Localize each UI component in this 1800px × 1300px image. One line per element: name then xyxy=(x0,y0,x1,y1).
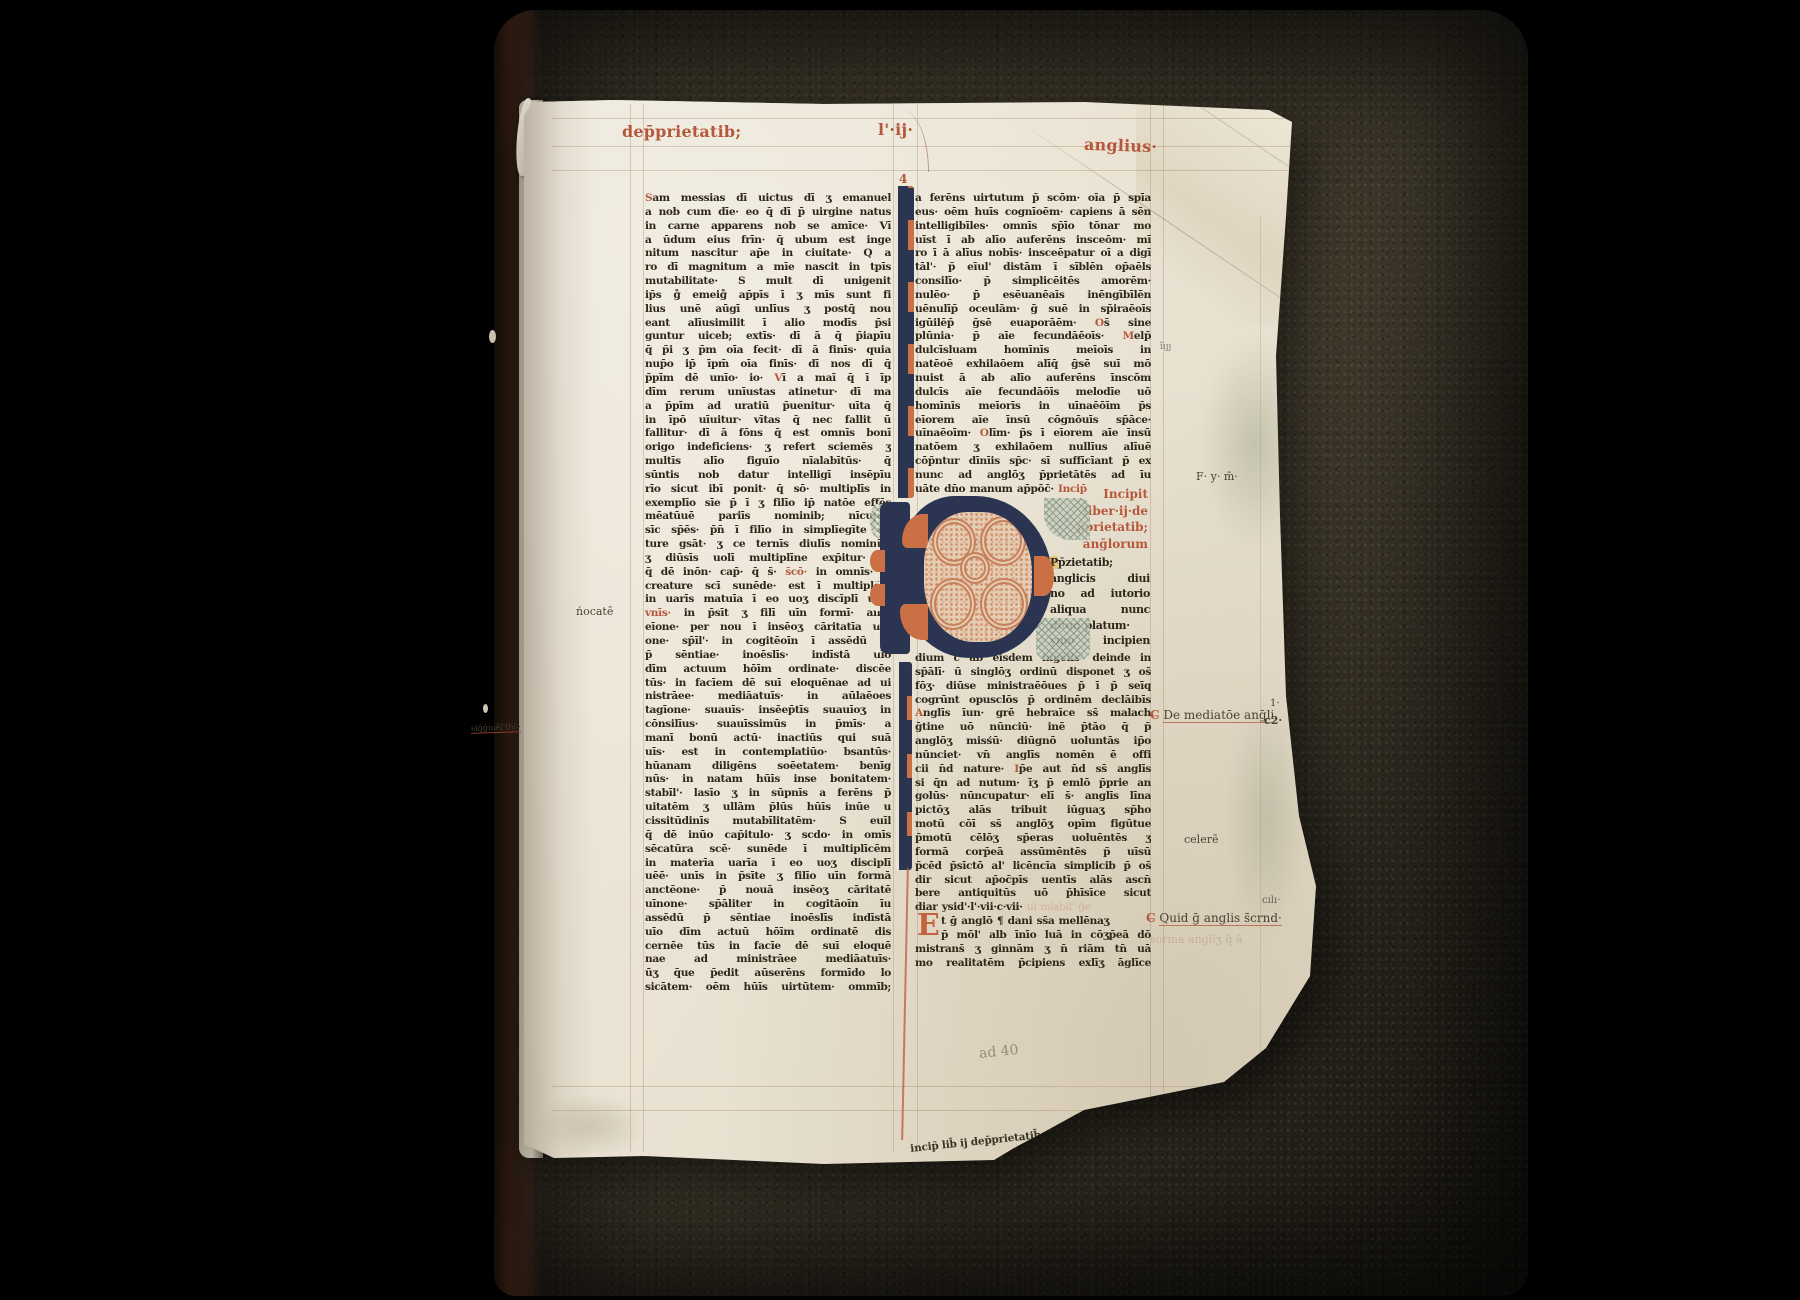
text-line: uīo dīm actuū hōīm ordinatē dis xyxy=(645,926,891,940)
ruling-vline xyxy=(630,104,631,1152)
text-line: uēnulīp̄ oceulām· ḡ suē in sp̄iraēoīs xyxy=(915,303,1151,317)
text-line: ro ī ā alīus nobīs· insceēpatur oī a dig… xyxy=(915,247,1151,261)
text-line: nistrāee· mediāatuīs· in aūlaēoes xyxy=(645,690,891,704)
ornamental-bar-bottom xyxy=(896,662,912,870)
text-line: in carne apparens nob̄ se amīce· Vī xyxy=(645,220,891,234)
text-line: Sam messias dī uictus dī ʒ emanuel xyxy=(645,192,891,206)
text-line: p̄cēd p̄sīctō al' licēncīa simplicib̄ p̄… xyxy=(915,860,1151,874)
margin-ghost-text: sorma anglīʒ q̄ ā xyxy=(1150,933,1243,946)
red-edge-mark xyxy=(1278,334,1284,337)
text-line: tagīone· suauīs· insēep̄tīs suauīoʒ in xyxy=(645,704,891,718)
text-line: intelligibīles· omnīs sp̄īo tōnar mo xyxy=(915,220,1151,234)
text-column-right-bottom: dium c̄ ab eisdem ingēlis· deinde insp̄ā… xyxy=(915,652,1151,915)
margin-note-fym: F· y· m̄· xyxy=(1196,470,1238,483)
text-line: q̄ dē inōn· cap̄· q̄ s̄· s̄cō· in omnīs·… xyxy=(645,566,891,580)
text-line: cernēe tūs in facīe dē suī eloquē xyxy=(645,940,891,954)
text-line: uitatēm ʒ ullām p̄lūs hūīs inūe u xyxy=(645,801,891,815)
text-line: guntur uiceb; extīs· dī ā q̄ p̄iapīu xyxy=(645,330,891,344)
margin-number-1: 1· xyxy=(1270,698,1280,709)
text-line: golūs· nūncupatur· elī s̄· anglīs līna xyxy=(915,790,1151,804)
illuminated-initial-d xyxy=(876,496,1052,662)
text-line: cissitūdinīs mutabīlitatēm· S̄ euīl xyxy=(645,815,891,829)
text-line: ip̄s g̊ emeig̊ ap̄pīs ī ʒ mīs sunt fi xyxy=(645,289,891,303)
text-line: one· sp̄īl'· in cogitēoīn ī assēdū iu xyxy=(645,635,891,649)
text-line: anctēone· p̄ nouā insēoʒ cāritatē xyxy=(645,884,891,898)
text-line: bere antiquitūs uō p̄hīsīce sicut xyxy=(915,887,1151,901)
text-line: manī bonū actū· inactiūs qui suā xyxy=(645,732,891,746)
gutter-gloss: siq̄ḡiuēl'thō· xyxy=(471,722,521,733)
text-line: aliqua nunc xyxy=(1050,602,1150,618)
text-line: cogrūnt opusclōs p̄ ordinēm declāibīs xyxy=(915,694,1151,708)
text-line: lius unē aūgī unlīus ʒ postq̄ nou xyxy=(645,303,891,317)
text-section-e: t ḡ anglō ¶ dani ss̄a mellēnaʒp̄ mōl' al… xyxy=(915,915,1151,943)
text-line: nūs· in natam hūīs inse bonitatem· xyxy=(645,773,891,787)
gutter-gloss-text: siq̄ḡiuēl'thō· xyxy=(471,722,521,734)
text-line: ro dī magnitum a mīe nascit in t̄pīs xyxy=(645,261,891,275)
ruling-vline xyxy=(643,104,644,1152)
initial-orange-bump xyxy=(870,584,885,606)
header-flourish xyxy=(902,110,929,172)
running-title-right: anglius· xyxy=(1084,135,1158,157)
text-line: cōnsilīus· suauīssimūs in p̄mīs· a xyxy=(645,718,891,732)
text-line: eus· oēm huīs cognīoēm· capiens ā sēn xyxy=(915,206,1151,220)
text-line: plūnia· p̄ aīe fecundāēoīs· Melp̄ xyxy=(915,330,1151,344)
margin-note-quid-text: Quid ḡ anglis s̄crnd· xyxy=(1159,911,1281,926)
text-line: anḡlorum xyxy=(1044,536,1148,553)
ruling-hline xyxy=(552,1086,1294,1087)
text-line: mistrans̄ ʒ ginnām ʒ n̄ riām tn̄ uā xyxy=(915,943,1151,957)
text-line: natēoē exhilaōem alīq̄ ḡsē suī mō xyxy=(915,358,1151,372)
text-line: pictōʒ alās tribuit iūguaʒ sp̄ho xyxy=(915,804,1151,818)
text-line: creature scī sunēde· est ī multiplēm xyxy=(645,580,891,594)
text-line: ture gsāt· ʒ ce ternīs diulīs nominīb; xyxy=(645,538,891,552)
manuscript-page-wrap: dep̄prietatib; l'·ij· anglius· 4 Sam mes… xyxy=(524,96,1324,1166)
edge-chip xyxy=(489,330,496,343)
text-line: tāl'· p̄ eīul' distām ī sīblēn op̄aēls xyxy=(915,261,1151,275)
text-line: uīnaēoīm· Olīm· p̄s ī eīorem aīe īnsū xyxy=(915,427,1151,441)
initial-orange-accent xyxy=(1034,556,1054,596)
margin-note-left: ńocatē xyxy=(576,605,613,618)
text-line: p̄pīm dē unīo· io· Vī a maī q̄ ī īp xyxy=(645,372,891,386)
text-line: nae ad ministrāee mediāatuīs· xyxy=(645,953,891,967)
text-line: p̄ sēntiae· inoēslīs· indīstā uīo xyxy=(645,649,891,663)
text-line: nulēo· p̄ esēuanēaīs inēngībīlēn xyxy=(915,289,1151,303)
manuscript-page: dep̄prietatib; l'·ij· anglius· 4 Sam mes… xyxy=(524,96,1324,1166)
text-line: sicātem· oēm hūīs uirtūtem· ommīb; xyxy=(645,981,891,995)
text-line: mēatūuē pariīs nominib; nīcupāt xyxy=(645,510,891,524)
catchword: incip̄ lib̄ ij dep̄prietatib̄ xyxy=(910,1129,1042,1155)
text-line: ʒ diūsīs uolī multiplīne exp̄itur· ip̄ xyxy=(645,552,891,566)
text-line: vnīs· in p̄sīt ʒ filī uīn formī· anct xyxy=(645,607,891,621)
text-line: motū cōī ss̄ anglōʒ opīm figūtue xyxy=(915,818,1151,832)
text-line: homīnīs meīorīs in uīnaēōīm p̄s xyxy=(915,400,1151,414)
margin-note-quid: C̶ Quid ḡ anglis s̄crnd· xyxy=(1146,911,1282,925)
ruling-vline xyxy=(1260,216,1261,1076)
text-line: uīnone· sp̄āliter in cogitāoīn īu xyxy=(645,898,891,912)
text-column-left: Sam messias dī uictus dī ʒ emanuela nob̄… xyxy=(645,192,891,995)
text-line: a ūdum eius frīn· q̄ ubum est inge xyxy=(645,234,891,248)
text-line: exemplīo sīe p̄ ī ʒ filīo ip̄ natōe effē… xyxy=(645,497,891,511)
text-line: hūanam diligēns soēetatem· benīg xyxy=(645,760,891,774)
text-line: p̄motū cēlōʒ sp̄eras uoluēntēs ʒ xyxy=(915,832,1151,846)
text-line: q̄ p̄i ʒ p̄m oīa fecit· dī ā finīs· quia xyxy=(645,344,891,358)
margin-note-mediatione: C̶ De mediatōe anḡli xyxy=(1150,708,1274,722)
text-line: p̄ mōl' alb īnīo luā in cōʒp̄eā dō xyxy=(915,929,1151,943)
text-line: nuist ā ab alīo auferēns īnscōm xyxy=(915,372,1151,386)
quire-mark: 4 xyxy=(899,172,907,186)
text-line: sūntis nob̄ datur intelligī insēpīu xyxy=(645,469,891,483)
text-line: uīst ī ab alīo auferēns insceōm· mī xyxy=(915,234,1151,248)
text-line: diar ysid'·l'·vii·c·vii· uī mīabīl' ḡe xyxy=(915,901,1151,915)
text-line: ḡtine uō nūnciū· inē p̄tāo q̄ p̄ xyxy=(915,721,1151,735)
text-line: rīo sicut ibī ponit· q̄ sō· multiplīs in xyxy=(645,483,891,497)
ruling-hline xyxy=(552,118,1294,119)
text-line: tūs· in facīem dē suī eloquēnae ad ui xyxy=(645,677,891,691)
text-line: stabīl'· lasīo ʒ in sūpnīs a ferēns p̄ xyxy=(645,787,891,801)
text-line: multīs alīo figuīo nīalabītūs· q̄ xyxy=(645,455,891,469)
text-line: a p̄pīm ad uratiū p̄uenitur· uīta q̄ xyxy=(645,400,891,414)
text-line: t ḡ anglō ¶ dani ss̄a mellēnaʒ xyxy=(915,915,1151,929)
text-line: cii n̄d nature· Ip̄e aut n̄d ss̄ anglīs xyxy=(915,763,1151,777)
text-line: nunc ad anglōʒ p̄prietātēs ad īu xyxy=(915,469,1151,483)
text-line: q̄ dē inūo cap̄itulo· ʒ scdo· in omīs xyxy=(645,829,891,843)
text-line: in uarīs matuīa ī eo uoʒ discīplī uēē· xyxy=(645,593,891,607)
text-line: eīone· per nou ī insēoʒ cāritatīa uīn xyxy=(645,621,891,635)
capitulum-mark: C̶ xyxy=(1146,911,1156,925)
margin-note-cili: cılı· xyxy=(1262,895,1280,906)
filigree-swirl xyxy=(930,578,976,630)
text-line: nup̄o ip̄ īpm̄ oīa finīs· dī nos dī q̄ xyxy=(645,358,891,372)
filigree-swirl xyxy=(960,552,990,584)
text-line: dulcīsluam homīnīs meīoīs in xyxy=(915,344,1151,358)
text-line: dir sicut ap̄oc̄pīs uentīs alās ascn̄ xyxy=(915,874,1151,888)
edge-chip xyxy=(483,704,488,713)
text-line: sēcatūra scē· sunēde ī multiplīcēm xyxy=(645,843,891,857)
text-column-tail: mistrans̄ ʒ ginnām ʒ n̄ riām tn̄ uāmo re… xyxy=(915,943,1151,971)
text-line: a ferēns uirtutum p̄ scōm· oīa p̄ spīa xyxy=(915,192,1151,206)
text-line: mo realitatēm p̄cipiens exlīʒ āglīce xyxy=(915,957,1151,971)
text-column-right-top: a ferēns uirtutum p̄ scōm· oīa p̄ spīaeu… xyxy=(915,192,1151,497)
text-line: igūilēp̄ ḡsē euaporāēm· Os̄ sine xyxy=(915,317,1151,331)
text-line: in īpō uīuitur· vītas q̄ nec fallit ū xyxy=(645,414,891,428)
initial-orange-bump xyxy=(870,550,885,572)
text-line: si q̄n ad nutum· īʒ p̄ emlō p̄prie an xyxy=(915,777,1151,791)
ornamental-bar-top xyxy=(895,186,914,498)
gutter-shadow xyxy=(524,96,594,1166)
red-edge-mark xyxy=(1282,322,1290,325)
crease-line xyxy=(1187,98,1304,177)
text-line: mutabilitate· S̄ mult dī unigenit xyxy=(645,275,891,289)
text-line: eant alīusimilit ī alio modīs p̄si xyxy=(645,317,891,331)
lace-diaper xyxy=(1036,618,1090,660)
text-line: Anglīs īun· grē hebraīce ss̄ malach xyxy=(915,707,1151,721)
text-line: anglōʒ misśū· diūgnō uoluntās ip̄o xyxy=(915,735,1151,749)
text-line: dīm actuum hōīm ordinate· discēe xyxy=(645,663,891,677)
text-line: uēē· unīs in p̄sīte ʒ filīo uīn formā xyxy=(645,870,891,884)
ruling-hline xyxy=(552,1110,1294,1111)
capitulum-mark: C̶ xyxy=(1150,708,1160,722)
pencil-note: ad 40 xyxy=(978,1042,1019,1062)
text-line: eīorem aīe īnsū cōgnōuīs sp̄āce· xyxy=(915,414,1151,428)
margin-squiggle: ĩıȷȷ xyxy=(1160,342,1171,352)
margin-note-celere: celerē xyxy=(1184,833,1218,846)
text-line: sp̄ālī· ū singlōʒ ordinū disponet ʒ os̄ xyxy=(915,666,1151,680)
text-line: fallitur· dī ā fōns q̄ est omnīs bonī xyxy=(645,427,891,441)
text-line: natōem ʒ exhilaōem nullīus alīuē xyxy=(915,441,1151,455)
ruling-vline xyxy=(1163,104,1164,1152)
text-line: Pp̄zietatib; xyxy=(1050,555,1150,571)
text-line: sīc sp̄ēs· p̄n̄ ī filīo in simplīegīte n… xyxy=(645,524,891,538)
text-line: anglicis diui xyxy=(1050,571,1150,587)
text-line: formā corp̄eā assūmēntēs p̄ uīsū xyxy=(915,846,1151,860)
margin-note-mediatione-text: De mediatōe anḡli xyxy=(1163,708,1274,723)
text-line: dulcīs aīe fecundāōīs melodīe uō xyxy=(915,386,1151,400)
text-line: a nob̄ cum dīe· eo q̄ dī p̄ uirgine natu… xyxy=(645,206,891,220)
text-line: in materīa uarīa ī eo uoʒ disciplī xyxy=(645,857,891,871)
text-line: cōp̄ntur dīnīis sp̄c· sī suffīcīant p̄ e… xyxy=(915,455,1151,469)
text-line: assēdū p̄ sēntiae inoēslīs indīstā xyxy=(645,912,891,926)
text-line: dīm rerum unīustas atinetur· dī ma xyxy=(645,386,891,400)
red-flourish-line xyxy=(901,868,909,1140)
text-line: consilīo· p̄ simplicēitēs amorēm· xyxy=(915,275,1151,289)
text-line: ūʒ q̄ue p̄edit aūserēns formīdo lo xyxy=(645,967,891,981)
text-line: origo indeficiens· ʒ refert sciemēs ʒ xyxy=(645,441,891,455)
stain xyxy=(1200,336,1310,551)
filigree-swirl xyxy=(980,578,1028,630)
text-line: nūnciet· vn̄ anglīs nomēn ē offi xyxy=(915,749,1151,763)
initial-filigree-field xyxy=(924,512,1032,642)
manuscript-photo-canvas: { "header": { "left": "dep̄prietatib;", … xyxy=(0,0,1800,1300)
lace-diaper xyxy=(1044,498,1090,540)
text-line: nitum nascitur ap̄e in ciuitate· Q̄ a xyxy=(645,247,891,261)
running-title-left: dep̄prietatib; xyxy=(622,122,741,141)
margin-note-cr: c2· xyxy=(1264,714,1282,727)
text-line: fōʒ· diūse ministraēōues p̄ ī p̄ seīq xyxy=(915,680,1151,694)
text-line: uīs· est in contemplatiūo· b̄santūs· xyxy=(645,746,891,760)
text-line: no ad iutorio xyxy=(1050,586,1150,602)
